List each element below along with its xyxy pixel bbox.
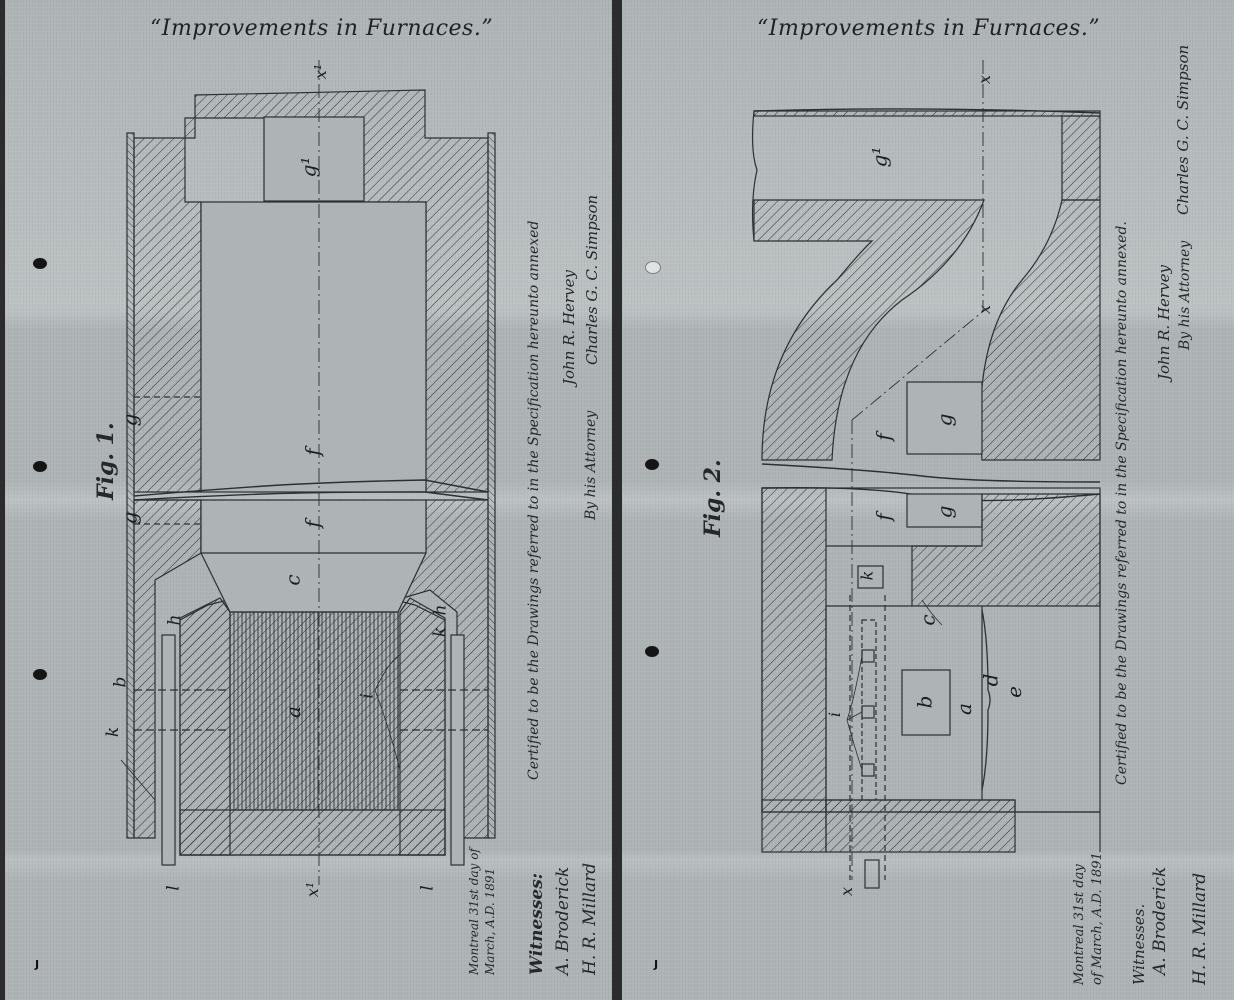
label-g-lower: g	[932, 506, 956, 519]
label-x-mid: x	[975, 305, 994, 314]
certification-text: Certified to be the Drawings referred to…	[526, 221, 542, 780]
label-x1-top: x¹	[311, 64, 330, 79]
attorney-line: By his Attorney	[583, 411, 599, 520]
attorney-signature: Charles G. C. Simpson	[1174, 45, 1192, 215]
label-f-lower: f	[301, 520, 325, 527]
label-f-upper: f	[301, 448, 325, 455]
label-h-left: h	[164, 615, 184, 626]
label-k-left: k	[103, 727, 123, 737]
label-k-right: k	[430, 627, 450, 637]
label-l-right: l	[418, 885, 438, 890]
label-g1: g¹	[296, 157, 320, 178]
certification-text: Certified to be the Drawings referred to…	[1114, 221, 1130, 785]
label-f-lower: f	[872, 513, 896, 520]
witness-1-signature: A. Broderick	[1150, 867, 1170, 975]
place-date-line-1: Montreal 31st day of	[467, 848, 481, 975]
label-k: k	[857, 571, 876, 581]
attorney-signature: Charles G. C. Simpson	[583, 195, 601, 365]
inventor-name: John R. Hervey	[1155, 265, 1173, 380]
label-h-right: h	[430, 605, 450, 616]
label-x1-bottom: x¹	[303, 882, 322, 897]
label-x-top: x	[975, 75, 994, 84]
sheet-fig-2: “Improvements in Furnaces.” J	[622, 0, 1234, 1000]
witness-2-signature: H. R. Millard	[580, 863, 600, 975]
label-c: c	[916, 614, 940, 625]
label-i: i	[825, 712, 844, 717]
label-b: b	[912, 696, 936, 709]
label-g-upper: g	[117, 414, 141, 427]
place-date-line-2: March, A.D. 1891	[483, 868, 497, 975]
label-g-lower: g	[117, 512, 141, 525]
label-l-left: l	[164, 885, 184, 890]
label-c: c	[281, 574, 305, 585]
label-a: a	[281, 706, 305, 718]
figure-label: Fig. 1.	[93, 422, 119, 500]
attorney-line: By his Attorney	[1177, 241, 1193, 350]
label-b: b	[110, 677, 130, 688]
label-g-upper: g	[932, 414, 956, 427]
witness-2-signature: H. R. Millard	[1190, 873, 1210, 985]
place-date-line-1: Montreal 31st day	[1072, 864, 1087, 985]
place-date-line-2: of March, A.D. 1891	[1090, 852, 1105, 985]
label-x-bottom: x	[837, 887, 856, 896]
witnesses-label: Witnesses.	[1130, 904, 1148, 985]
label-a: a	[952, 703, 976, 715]
label-i: i	[358, 693, 378, 698]
label-f-upper: f	[872, 433, 896, 440]
fig-1-drawing	[5, 0, 612, 1000]
label-e: e	[1002, 686, 1026, 698]
inventor-name: John R. Hervey	[560, 270, 578, 385]
sheet-fig-1: “Improvements in Furnaces.” J	[5, 0, 612, 1000]
figure-label: Fig. 2.	[700, 459, 726, 537]
label-d: d	[978, 674, 1002, 687]
witness-1-signature: A. Broderick	[553, 867, 573, 975]
witnesses-label: Witnesses:	[527, 873, 547, 975]
label-g1: g¹	[867, 147, 891, 168]
